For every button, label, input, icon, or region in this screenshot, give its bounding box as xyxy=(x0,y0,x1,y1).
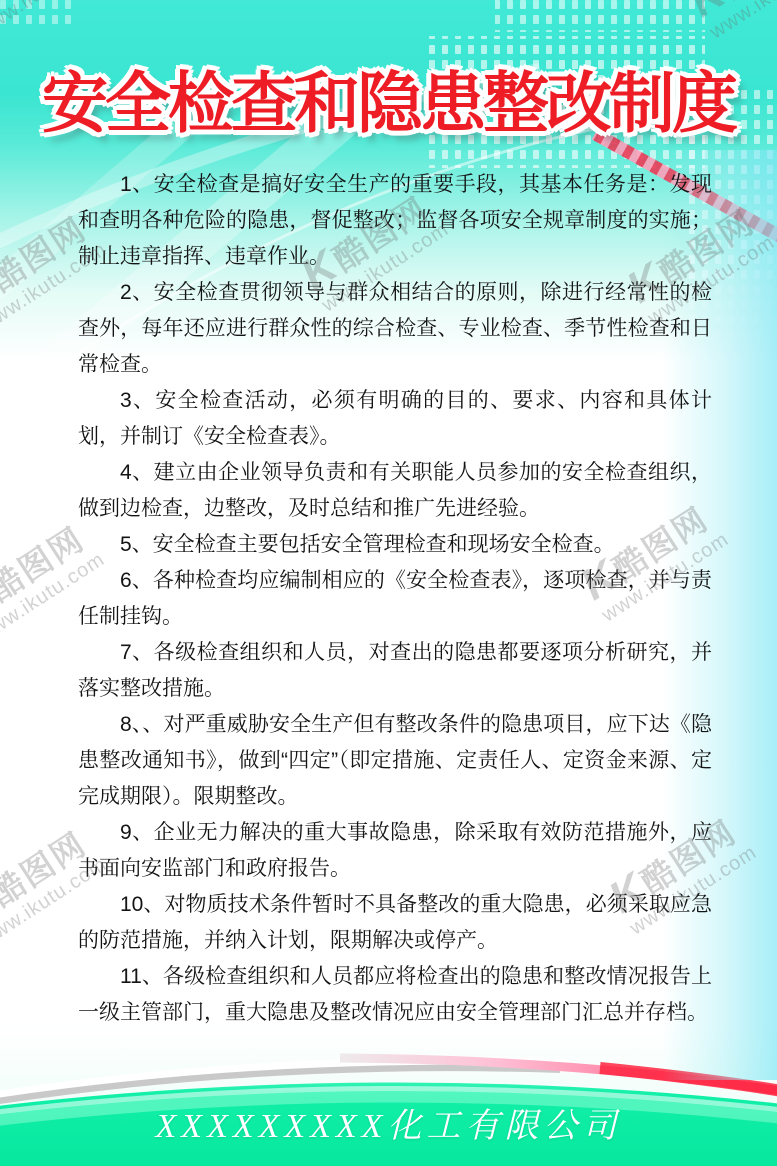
safety-poster: 安全检查和隐患整改制度 1、安全检查是搞好安全生产的重要手段，其基本任务是：发现… xyxy=(0,0,777,1166)
rule-item-9: 9、企业无力解决的重大事故隐患，除采取有效防范措施外，应书面向安监部门和政府报告… xyxy=(78,815,712,887)
rule-item-1: 1、安全检查是搞好安全生产的重要手段，其基本任务是：发现和查明各种危险的隐患，督… xyxy=(78,167,712,275)
rules-list: 1、安全检查是搞好安全生产的重要手段，其基本任务是：发现和查明各种危险的隐患，督… xyxy=(78,167,712,1031)
halftone-pattern xyxy=(495,0,705,32)
rule-item-8: 8、、对严重威胁安全生产但有整改条件的隐患项目，应下达《隐患整改通知书》，做到“… xyxy=(78,707,712,815)
rule-item-6: 6、各种检查均应编制相应的《安全检查表》，逐项检查，并与责任制挂钩。 xyxy=(78,563,712,635)
poster-title: 安全检查和隐患整改制度 xyxy=(0,50,777,145)
rule-item-2: 2、安全检查贯彻领导与群众相结合的原则，除进行经常性的检查外，每年还应进行群众性… xyxy=(78,275,712,383)
company-name: XXXXXXXXX化工有限公司 xyxy=(0,1098,777,1147)
rule-item-7: 7、各级检查组织和人员，对查出的隐患都要逐项分析研究，并落实整改措施。 xyxy=(78,635,712,707)
rule-item-4: 4、建立由企业领导负责和有关职能人员参加的安全检查组织，做到边检查，边整改，及时… xyxy=(78,455,712,527)
rule-item-5: 5、安全检查主要包括安全管理检查和现场安全检查。 xyxy=(78,527,712,563)
rule-item-10: 10、对物质技术条件暂时不具备整改的重大隐患，必须采取应急的防范措施，并纳入计划… xyxy=(78,887,712,959)
rule-item-3: 3、安全检查活动，必须有明确的目的、要求、内容和具体计划，并制订《安全检查表》。 xyxy=(78,383,712,455)
halftone-pattern xyxy=(0,0,72,26)
rule-item-11: 11、各级检查组织和人员都应将检查出的隐患和整改情况报告上一级主管部门，重大隐患… xyxy=(78,959,712,1031)
